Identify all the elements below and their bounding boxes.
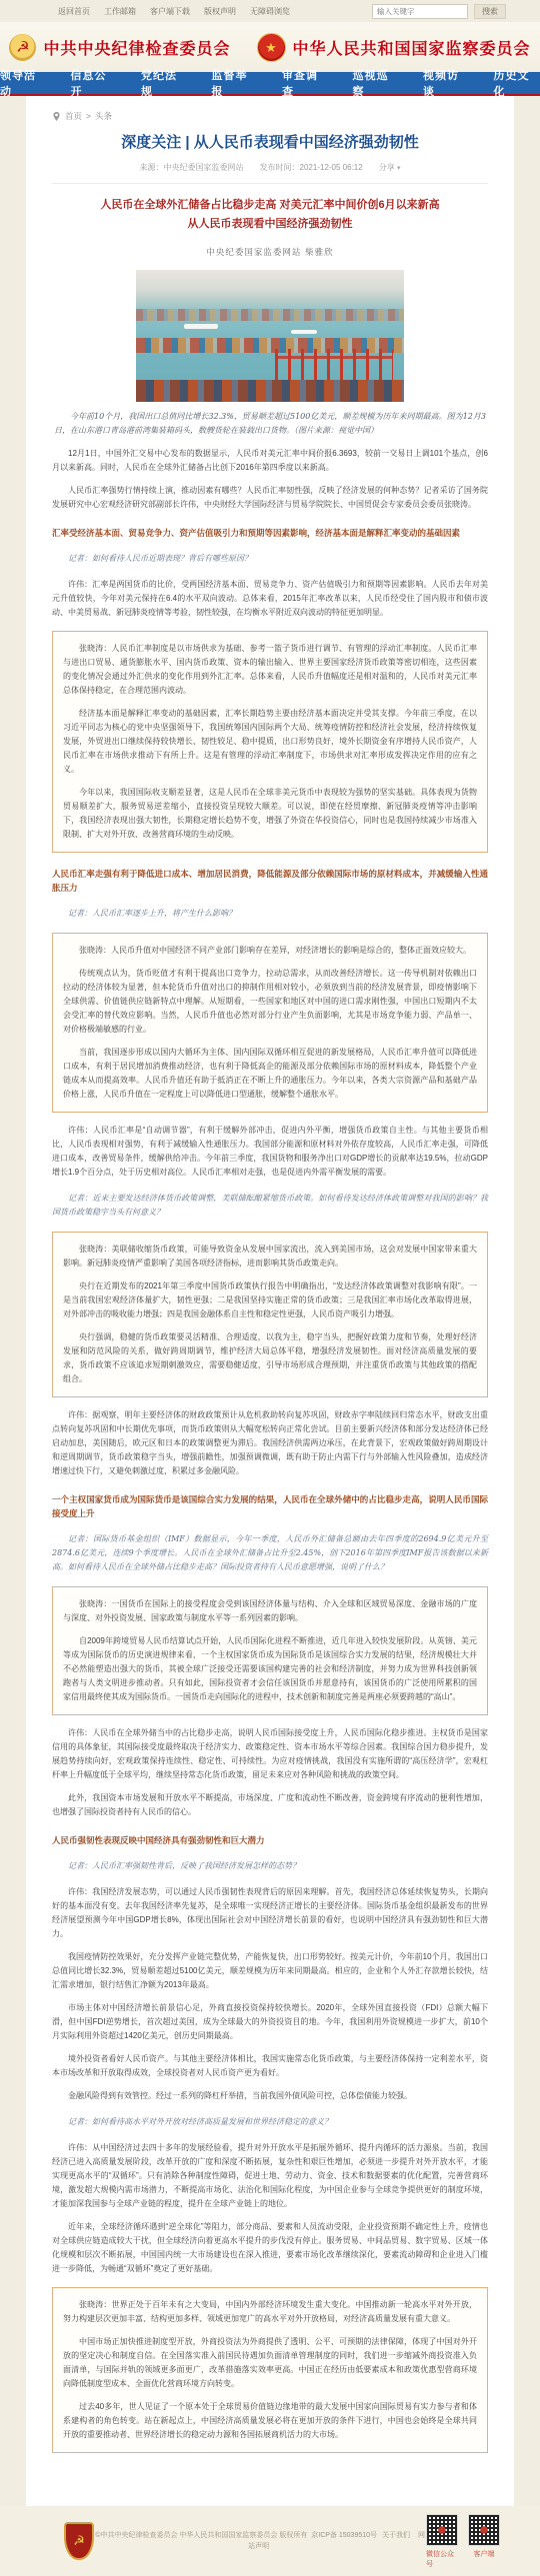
section-heading: 人民币强韧性表现反映中国经济具有强劲韧性和巨大潜力: [52, 1833, 488, 1847]
search-button[interactable]: 搜索: [474, 4, 506, 19]
nav-item-regulations[interactable]: 党纪法规: [141, 67, 188, 99]
article-paragraph: 人民币汇率强势行情持续上演，推动因素有哪些？人民币汇率韧性强，反映了经济发展的何…: [52, 484, 488, 512]
org-ccdi[interactable]: ☭ 中共中央纪律检查委员会: [9, 34, 230, 61]
port-photo: [136, 270, 404, 402]
breadcrumb-separator: >: [86, 111, 91, 121]
link-mail[interactable]: 工作邮箱: [104, 6, 136, 17]
main-nav: 领导活动 信息公开 党纪法规 监督举报 审查调查 巡视巡察 视频访谈 历史文化: [0, 72, 540, 94]
publish-time: 发布时间：2021-12-05 06:12: [260, 162, 363, 173]
app-qr-item: 客户端: [468, 2514, 500, 2569]
section-heading: 人民币汇率走强有利于降低进口成本、增加居民消费，降低能源及部分依赖国际市场的原材…: [52, 867, 488, 895]
quote-box-paragraph: 张晓涛：世界正处于百年未有之大变局，中国内外部经济环境发生重大变化。中国推动新一…: [63, 2298, 477, 2326]
quote-box-paragraph: 传统观点认为，货币贬值才有利于提高出口竞争力，拉动总需求，从而改善经济增长。这一…: [63, 967, 477, 1037]
article-subtitle-1: 人民币在全球外汇储备占比稳步走高 对美元汇率中间价创6月以来新高: [52, 196, 488, 215]
nav-item-inspection[interactable]: 巡视巡察: [353, 67, 400, 99]
article-meta: 来源：中央纪委国家监委网站 发布时间：2021-12-05 06:12 分享 ▾: [52, 162, 488, 173]
page-title: 深度关注 | 从人民币表现看中国经济强劲韧性: [52, 132, 488, 153]
expert-quote-box: 张晓涛：人民币汇率制度是以市场供求为基础、参考一篮子货币进行调节、有管理的浮动汇…: [52, 631, 488, 853]
photo-foreground-containers: [136, 380, 404, 401]
article-paragraph: 境外投资者看好人民币资产。与其他主要经济体相比，我国实施常态化货币政策，与主要经…: [52, 2052, 488, 2080]
app-qr-code: [468, 2514, 500, 2546]
article-paragraph: 许伟：汇率是两国货币的比价，受两国经济基本面、贸易竞争力、资产估值吸引力和预期等…: [52, 578, 488, 620]
expert-quote-box: 张晓涛：世界正处于百年未有之大变局，中国内外部经济环境发生重大变化。中国推动新一…: [52, 2287, 488, 2453]
article-paragraph: 近年来，全球经济循环遇到“逆全球化”等阻力，部分商品、要素和人员流动受限，企业投…: [52, 2220, 488, 2276]
quote-box-paragraph: 过去40多年，世人见证了一个原本处于全球贸易价值链边缘地带的最大发展中国家向国际…: [63, 2400, 477, 2442]
nav-item-video[interactable]: 视频访谈: [423, 67, 470, 99]
article-paragraph: 许伟：人民币汇率是“自动调节器”，有利于缓解外部冲击，促进内外平衡，增强货币政策…: [52, 1124, 488, 1180]
wechat-qr-code: [426, 2514, 458, 2546]
link-app-download[interactable]: 客户端下载: [150, 6, 190, 17]
link-copyright-statement[interactable]: 版权声明: [204, 6, 236, 17]
wechat-qr-label: 微信公众号: [426, 2549, 458, 2569]
reporter-question: 记者：如何看待高水平对外开放对经济高质量发展和世界经济稳定的意义？: [52, 2115, 488, 2129]
location-pin-icon: [52, 112, 61, 121]
app-qr-label: 客户端: [474, 2549, 495, 2559]
ccdi-name: 中共中央纪律检查委员会: [43, 36, 230, 59]
reporter-question: 记者：人民币汇率逐步上升，将产生什么影响？: [52, 907, 488, 921]
search-area: 搜索: [372, 4, 506, 19]
article-paragraph: 12月1日，中国外汇交易中心发布的数据显示，人民币对美元汇率中间价报6.3693…: [52, 447, 488, 475]
quote-box-paragraph: 张晓涛：美联储收缩货币政策，可能导致资金从发展中国家流出，流入到美国市场，这会对…: [63, 1243, 477, 1271]
section-heading: 一个主权国家货币成为国际货币是该国综合实力发展的结果，人民币在全球外储中的占比稳…: [52, 1492, 488, 1520]
expert-quote-box: 张晓涛：人民币升值对中国经济不同产业部门影响存在差异，对经济增长的影响是综合的，…: [52, 933, 488, 1113]
nav-item-history[interactable]: 历史文化: [494, 67, 540, 99]
article-paragraph: 市场主体对中国经济增长前景信心足，外商直接投资保持较快增长。2020年，全球外国…: [52, 2001, 488, 2043]
footer-link-about[interactable]: 关于我们: [382, 2532, 410, 2539]
quote-box-paragraph: 自2009年跨境贸易人民币结算试点开始，人民币国际化进程不断推进，近几年进入较快…: [63, 1634, 477, 1704]
footer-shield-logo-icon: ☭: [64, 2522, 94, 2560]
link-accessibility[interactable]: 无障碍浏览: [250, 6, 290, 17]
reporter-question: 记者：如何看待人民币近期表现？背后有哪些原因？: [52, 552, 488, 566]
top-links: 返回首页 工作邮箱 客户端下载 版权声明 无障碍浏览: [58, 6, 290, 17]
nav-item-info[interactable]: 信息公开: [71, 67, 118, 99]
nsc-name: 中华人民共和国国家监察委员会: [293, 36, 531, 59]
expert-quote-box: 张晓涛：一国货币在国际上的接受程度会受到该国经济体量与结构、介入全球和区域贸易深…: [52, 1586, 488, 1715]
article-paragraph: 许伟：我国经济发展态势，可以通过人民币强韧性表现背后的原因来理解。首先，我国经济…: [52, 1885, 488, 1941]
article-body: 12月1日，中国外汇交易中心发布的数据显示，人民币对美元汇率中间价报6.3693…: [52, 447, 488, 2453]
top-utility-bar: 返回首页 工作邮箱 客户端下载 版权声明 无障碍浏览 搜索: [0, 0, 540, 22]
content-panel: 首页 > 头条 深度关注 | 从人民币表现看中国经济强劲韧性 来源：中央纪委国家…: [26, 96, 514, 2506]
reporter-question: 记者：人民币汇率强韧性背后，反映了我国经济发展怎样的态势？: [52, 1859, 488, 1873]
breadcrumb: 首页 > 头条: [52, 110, 488, 122]
share-dropdown-icon: ▾: [397, 165, 401, 172]
ccdi-emblem-icon: ☭: [9, 34, 36, 61]
nav-item-investigation[interactable]: 审查调查: [282, 67, 329, 99]
section-heading: 汇率受经济基本面、贸易竞争力、资产估值吸引力和预期等因素影响，经济基本面是解释汇…: [52, 526, 488, 540]
article-paragraph: 许伟：据观察，明年主要经济体的财政政策预计从危机救助转向复苏巩固，财政赤字率陆续…: [52, 1408, 488, 1478]
quote-box-paragraph: 张晓涛：人民币汇率制度是以市场供求为基础、参考一篮子货币进行调节、有管理的浮动汇…: [63, 642, 477, 698]
article-byline: 中央纪委国家监委网站 柴雅欣: [52, 246, 488, 258]
reporter-question: 记者：近来主要发达经济体货币政策调整，美联储酝酿紧缩货币政策。如何看待发达经济体…: [52, 1192, 488, 1220]
org-nsc[interactable]: ★ 中华人民共和国国家监察委员会: [257, 33, 531, 62]
quote-box-paragraph: 央行在近期发布的2021年第三季度中国货币政策执行报告中明确指出，“发达经济体政…: [63, 1280, 477, 1321]
quote-box-paragraph: 张晓涛：人民币升值对中国经济不同产业部门影响存在差异，对经济增长的影响是综合的，…: [63, 944, 477, 958]
article-paragraph: 金融风险得到有效管控。经过一系列的降杠杆举措，当前我国外债风险可控，总体偿债能力…: [52, 2089, 488, 2103]
nav-item-leadership[interactable]: 领导活动: [0, 67, 47, 99]
article-paragraph: 我国疫情防控效果好，充分发挥产业链完整优势，产能恢复快，出口形势较好。按美元计价…: [52, 1950, 488, 1992]
footer-copyright: ©中共中央纪律检查委员会 中华人民共和国国家监察委员会 版权所有 京ICP备 1…: [94, 2530, 426, 2552]
photo-caption: 今年前10个月，我国出口总值同比增长32.3%，贸易顺差超过5100亿美元，顺差…: [54, 410, 486, 439]
expert-quote-box: 张晓涛：美联储收缩货币政策，可能导致资金从发展中国家流出，流入到美国市场，这会对…: [52, 1232, 488, 1397]
quote-box-paragraph: 中国市场正加快推进制度型开放，外商投资法为外商提供了透明、公平、可预期的法律保障…: [63, 2335, 477, 2391]
quote-box-paragraph: 张晓涛：一国货币在国际上的接受程度会受到该国经济体量与结构、介入全球和区域贸易深…: [63, 1597, 477, 1625]
quote-box-paragraph: 当前，我国逐步形成以国内大循环为主体、国内国际双循环相互促进的新发展格局，人民币…: [63, 1046, 477, 1102]
photo-distant-dock: [136, 309, 404, 321]
breadcrumb-home[interactable]: 首页: [65, 110, 82, 122]
article-subtitle-2: 从人民币表现看中国经济强劲韧性: [52, 215, 488, 234]
national-emblem-icon: ★: [257, 33, 286, 62]
site-header: ☭ 中共中央纪律检查委员会 ★ 中华人民共和国国家监察委员会: [0, 22, 540, 72]
link-home[interactable]: 返回首页: [58, 6, 90, 17]
photo-ship: [291, 330, 317, 334]
wechat-qr-item: 微信公众号: [426, 2514, 458, 2569]
reporter-question: 记者：国际货币基金组织（IMF）数据显示，今年一季度，人民币外汇储备总额由去年四…: [52, 1532, 488, 1574]
breadcrumb-current: 头条: [95, 110, 112, 122]
photo-ship: [184, 324, 218, 329]
article-paragraph: 此外，我国资本市场发展和开放水平不断提高，市场深度、广度和流动性不断改善，资金跨…: [52, 1791, 488, 1819]
meta-divider: [52, 183, 488, 184]
search-input[interactable]: [372, 4, 468, 19]
site-footer: ☭ ©中共中央纪律检查委员会 中华人民共和国国家监察委员会 版权所有 京ICP备…: [0, 2506, 540, 2576]
article-paragraph: 许伟：从中国经济过去四十多年的发展经验看，提升对外开放水平是拓展外循环、提升内循…: [52, 2141, 488, 2211]
quote-box-paragraph: 经济基本面是解释汇率变动的基础因素，汇率长期趋势主要由经济基本面决定并受其支撑。…: [63, 707, 477, 777]
source: 来源：中央纪委国家监委网站: [140, 162, 244, 173]
footer-qr-group: 微信公众号 客户端: [426, 2514, 500, 2569]
quote-box-paragraph: 央行强调，稳健的货币政策要灵活精准、合理适度，以我为主，稳字当头，把握好政策力度…: [63, 1330, 477, 1386]
share-button[interactable]: 分享 ▾: [379, 162, 401, 173]
article-paragraph: 许伟：人民币在全球外储当中的占比稳步走高，说明人民币国际接受度上升，人民币国际化…: [52, 1726, 488, 1782]
quote-box-paragraph: 今年以来，我国国际收支顺差显著，这是人民币在全球非美元货币中表现较为强势的坚实基…: [63, 786, 477, 842]
nav-item-report[interactable]: 监督举报: [212, 67, 259, 99]
